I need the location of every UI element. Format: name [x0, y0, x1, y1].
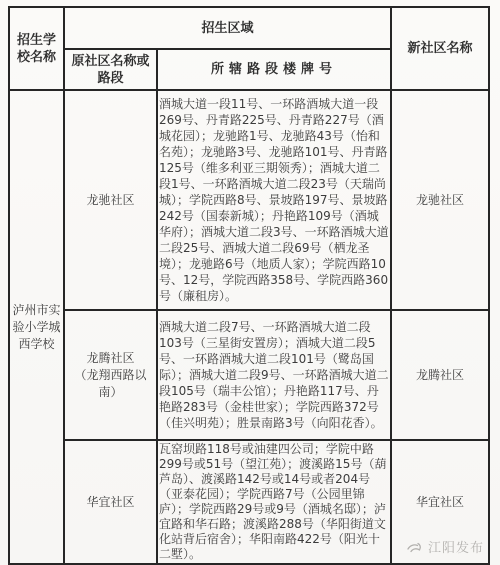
streets-cell-longteng: 酒城大道二段7号、一环路酒城大道二段103号（三星街安置房）；酒城大道二段5号、… [157, 310, 391, 440]
header-streets: 所辖路段楼牌号 [157, 49, 391, 90]
table-row: 泸州市实验小学城西学校 龙驰社区 酒城大道一段11号、一环路酒城大道一段269号… [9, 90, 489, 310]
streets-cell-longchi: 酒城大道一段11号、一环路酒城大道一段269号、丹青路225号、丹青路227号（… [157, 90, 391, 310]
old-community-cell-longteng: 龙腾社区 （龙翔西路以南） [64, 310, 157, 440]
header-new-community: 新社区名称 [391, 7, 489, 90]
table-row: 龙腾社区 （龙翔西路以南） 酒城大道二段7号、一环路酒城大道二段103号（三星街… [9, 310, 489, 440]
watermark-label: 江阳发布 [428, 537, 484, 556]
header-row-1: 招生学校名称 招生区域 新社区名称 [9, 7, 489, 49]
new-community-cell-longchi: 龙驰社区 [391, 90, 489, 310]
document-page: 招生学校名称 招生区域 新社区名称 原社区名称或路段 所辖路段楼牌号 泸州市实验… [0, 0, 500, 565]
enrollment-district-table: 招生学校名称 招生区域 新社区名称 原社区名称或路段 所辖路段楼牌号 泸州市实验… [8, 6, 490, 565]
new-community-cell-longteng: 龙腾社区 [391, 310, 489, 440]
streets-cell-huayi: 瓦窑坝路118号或油建四公司；学院中路299号或51号（望江苑）；渡溪路15号（… [157, 440, 391, 564]
watermark: 江阳发布 [406, 537, 484, 556]
header-enrollment-area: 招生区域 [64, 7, 391, 49]
old-community-cell-longchi: 龙驰社区 [64, 90, 157, 310]
header-old-community: 原社区名称或路段 [64, 49, 157, 90]
school-name-cell: 泸州市实验小学城西学校 [9, 90, 64, 564]
jiangyang-release-logo-icon [406, 539, 423, 555]
old-community-cell-huayi: 华宜社区 [64, 440, 157, 564]
header-school-name: 招生学校名称 [9, 7, 64, 90]
